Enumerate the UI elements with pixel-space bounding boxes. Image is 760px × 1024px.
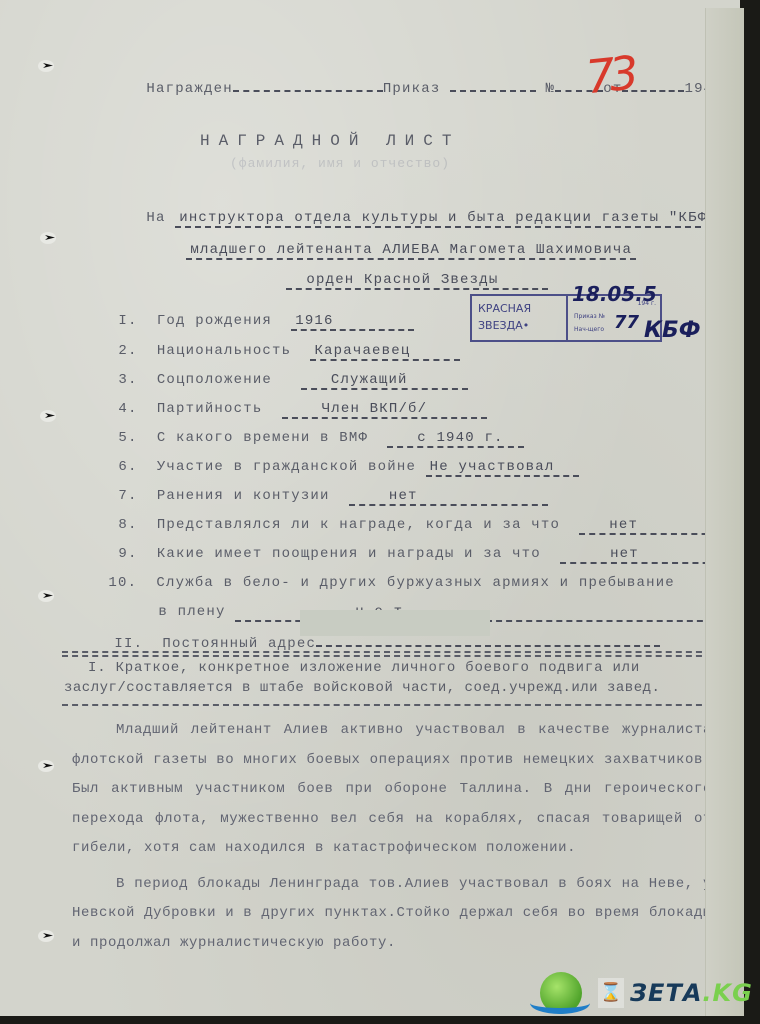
ghost-subtitle: (фамилия, имя и отчество) bbox=[230, 156, 450, 171]
separator-line bbox=[62, 704, 712, 706]
punch-hole-icon bbox=[40, 232, 56, 244]
red-pencil-number: 73 bbox=[583, 46, 635, 105]
watermark-tld: .KG bbox=[702, 979, 752, 1007]
number-label: № bbox=[546, 81, 556, 97]
nominee-award: орден Красной Звезды bbox=[286, 272, 548, 290]
separator-line bbox=[62, 651, 712, 653]
body-text: Младший лейтенант Алиев активно участвов… bbox=[72, 716, 712, 958]
stamp-line-2: ЗВЕЗДА• bbox=[478, 317, 560, 334]
punch-hole-icon bbox=[38, 760, 54, 772]
handwritten-org: КБФ bbox=[644, 318, 701, 343]
order-blank bbox=[450, 78, 536, 92]
redacted-address bbox=[300, 610, 490, 636]
document-page: НагражденПриказ №от194 г. 73 НАГРАДНОЙ Л… bbox=[0, 0, 740, 1016]
handwritten-date: 18.05.5 bbox=[572, 282, 657, 306]
stamp-award-name: КРАСНАЯ ЗВЕЗДА• bbox=[472, 296, 568, 340]
order-label: Приказ bbox=[383, 81, 441, 97]
separator-line bbox=[62, 655, 712, 657]
awarded-blank bbox=[233, 78, 383, 92]
header-line: НагражденПриказ №от194 г. bbox=[108, 62, 742, 113]
stamp-line-1: КРАСНАЯ bbox=[478, 300, 560, 317]
page-edge bbox=[705, 8, 744, 1016]
awarded-label: Награжден bbox=[146, 81, 232, 97]
watermark-text: ЗЕТА.KG bbox=[630, 979, 753, 1007]
punch-hole-icon bbox=[40, 410, 56, 422]
nominee-prefix: На bbox=[146, 210, 165, 226]
watermark-brand: ЗЕТА bbox=[630, 979, 702, 1007]
page-title: НАГРАДНОЙ ЛИСТ bbox=[200, 132, 460, 150]
stamp-order-label: Приказ № bbox=[574, 313, 605, 320]
body-paragraph: Младший лейтенант Алиев активно участвов… bbox=[72, 716, 712, 864]
stamp-from-label: Нач-щего bbox=[574, 326, 604, 333]
globe-logo-icon bbox=[540, 972, 582, 1014]
punch-hole-icon bbox=[38, 590, 54, 602]
handwritten-order-number: 77 bbox=[614, 312, 639, 333]
hourglass-icon: ⌛ bbox=[598, 978, 624, 1008]
site-watermark: ⌛ ЗЕТА.KG bbox=[540, 972, 753, 1014]
punch-hole-icon bbox=[38, 60, 54, 72]
body-paragraph: В период блокады Ленинграда тов.Алиев уч… bbox=[72, 870, 712, 959]
field-label: Постоянный адрес bbox=[162, 636, 316, 652]
field-number: II. bbox=[114, 636, 143, 652]
section-heading-line-2: заслуг/составляется в штабе войсковой ча… bbox=[64, 680, 660, 696]
punch-hole-icon bbox=[38, 930, 54, 942]
section-heading-line-1: I. Краткое, конкретное изложение личного… bbox=[88, 660, 640, 676]
